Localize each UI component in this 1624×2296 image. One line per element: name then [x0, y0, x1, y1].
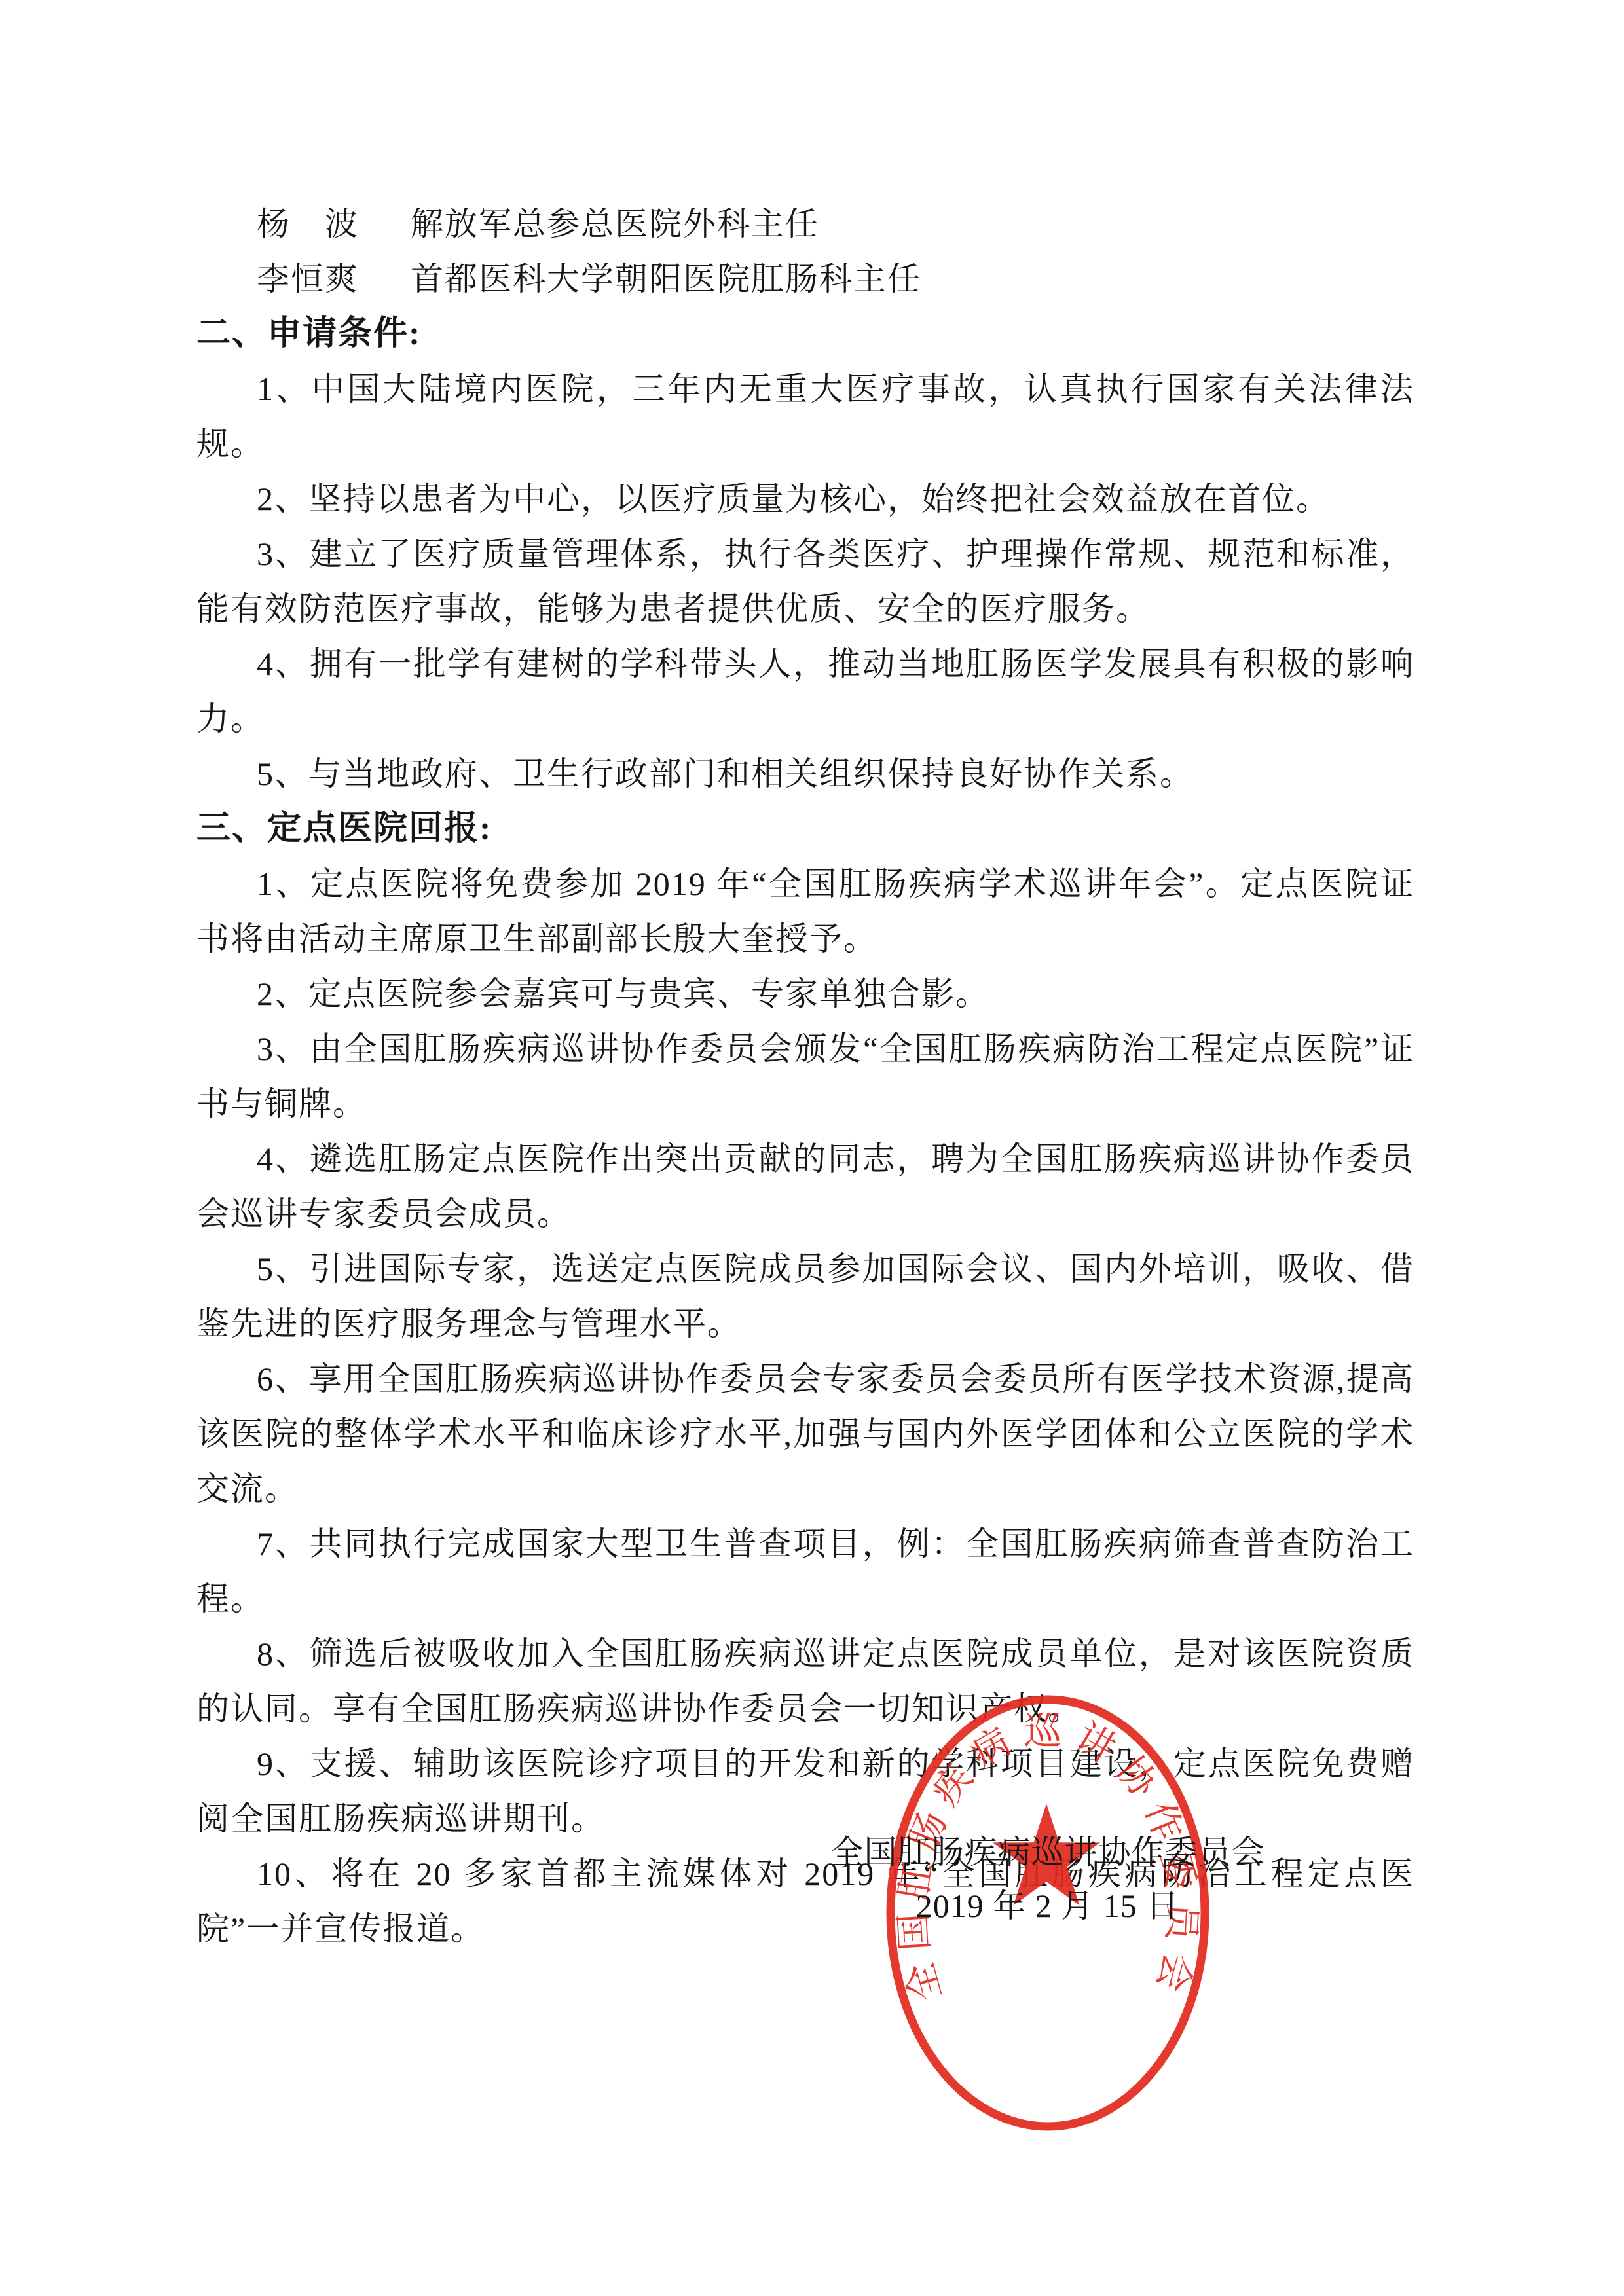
- signature-org: 全国肛肠疾病巡讲协作委员会: [760, 1825, 1336, 1879]
- item-paragraph: 6、享用全国肛肠疾病巡讲协作委员会专家委员会委员所有医学技术资源,提高该医院的整…: [196, 1351, 1414, 1516]
- member-name: 杨 波: [257, 196, 411, 251]
- member-list: 杨 波解放军总参总医院外科主任 李恒爽首都医科大学朝阳医院肛肠科主任: [196, 196, 1414, 306]
- signature-block: 全国肛肠疾病巡讲协作委员会 2019 年 2 月 15 日: [760, 1825, 1336, 1933]
- section-application-conditions-items: 1、中国大陆境内医院，三年内无重大医疗事故，认真执行国家有关法律法规。 2、坚持…: [196, 361, 1414, 801]
- item-paragraph: 3、由全国肛肠疾病巡讲协作委员会颁发“全国肛肠疾病防治工程定点医院”证书与铜牌。: [196, 1021, 1414, 1131]
- item-paragraph: 5、引进国际专家，选送定点医院成员参加国际会议、国内外培训，吸收、借鉴先进的医疗…: [196, 1241, 1414, 1351]
- member-row: 李恒爽首都医科大学朝阳医院肛肠科主任: [196, 251, 1414, 306]
- item-paragraph: 7、共同执行完成国家大型卫生普查项目，例：全国肛肠疾病筛查普查防治工程。: [196, 1516, 1414, 1626]
- item-paragraph: 2、坚持以患者为中心，以医疗质量为核心，始终把社会效益放在首位。: [196, 471, 1414, 526]
- item-paragraph: 8、筛选后被吸收加入全国肛肠疾病巡讲定点医院成员单位，是对该医院资质的认同。享有…: [196, 1626, 1414, 1736]
- member-title: 首都医科大学朝阳医院肛肠科主任: [411, 261, 921, 297]
- item-paragraph: 4、拥有一批学有建树的学科带头人，推动当地肛肠医学发展具有积极的影响力。: [196, 636, 1414, 746]
- document-body: 杨 波解放军总参总医院外科主任 李恒爽首都医科大学朝阳医院肛肠科主任 二、申请条…: [196, 196, 1414, 1956]
- member-name: 李恒爽: [257, 251, 411, 306]
- section-hospital-rewards-items: 1、定点医院将免费参加 2019 年“全国肛肠疾病学术巡讲年会”。定点医院证书将…: [196, 856, 1414, 1956]
- item-paragraph: 1、中国大陆境内医院，三年内无重大医疗事故，认真执行国家有关法律法规。: [196, 361, 1414, 471]
- item-paragraph: 1、定点医院将免费参加 2019 年“全国肛肠疾病学术巡讲年会”。定点医院证书将…: [196, 856, 1414, 966]
- item-paragraph: 5、与当地政府、卫生行政部门和相关组织保持良好协作关系。: [196, 746, 1414, 801]
- member-row: 杨 波解放军总参总医院外科主任: [196, 196, 1414, 251]
- section-heading-application-conditions: 二、申请条件:: [196, 306, 1414, 361]
- item-paragraph: 3、建立了医疗质量管理体系，执行各类医疗、护理操作常规、规范和标准，能有效防范医…: [196, 526, 1414, 636]
- section-heading-hospital-rewards: 三、定点医院回报:: [196, 801, 1414, 856]
- signature-date: 2019 年 2 月 15 日: [760, 1879, 1336, 1933]
- member-title: 解放军总参总医院外科主任: [411, 206, 819, 242]
- item-paragraph: 2、定点医院参会嘉宾可与贵宾、专家单独合影。: [196, 966, 1414, 1021]
- item-paragraph: 4、遴选肛肠定点医院作出突出贡献的同志，聘为全国肛肠疾病巡讲协作委员会巡讲专家委…: [196, 1131, 1414, 1241]
